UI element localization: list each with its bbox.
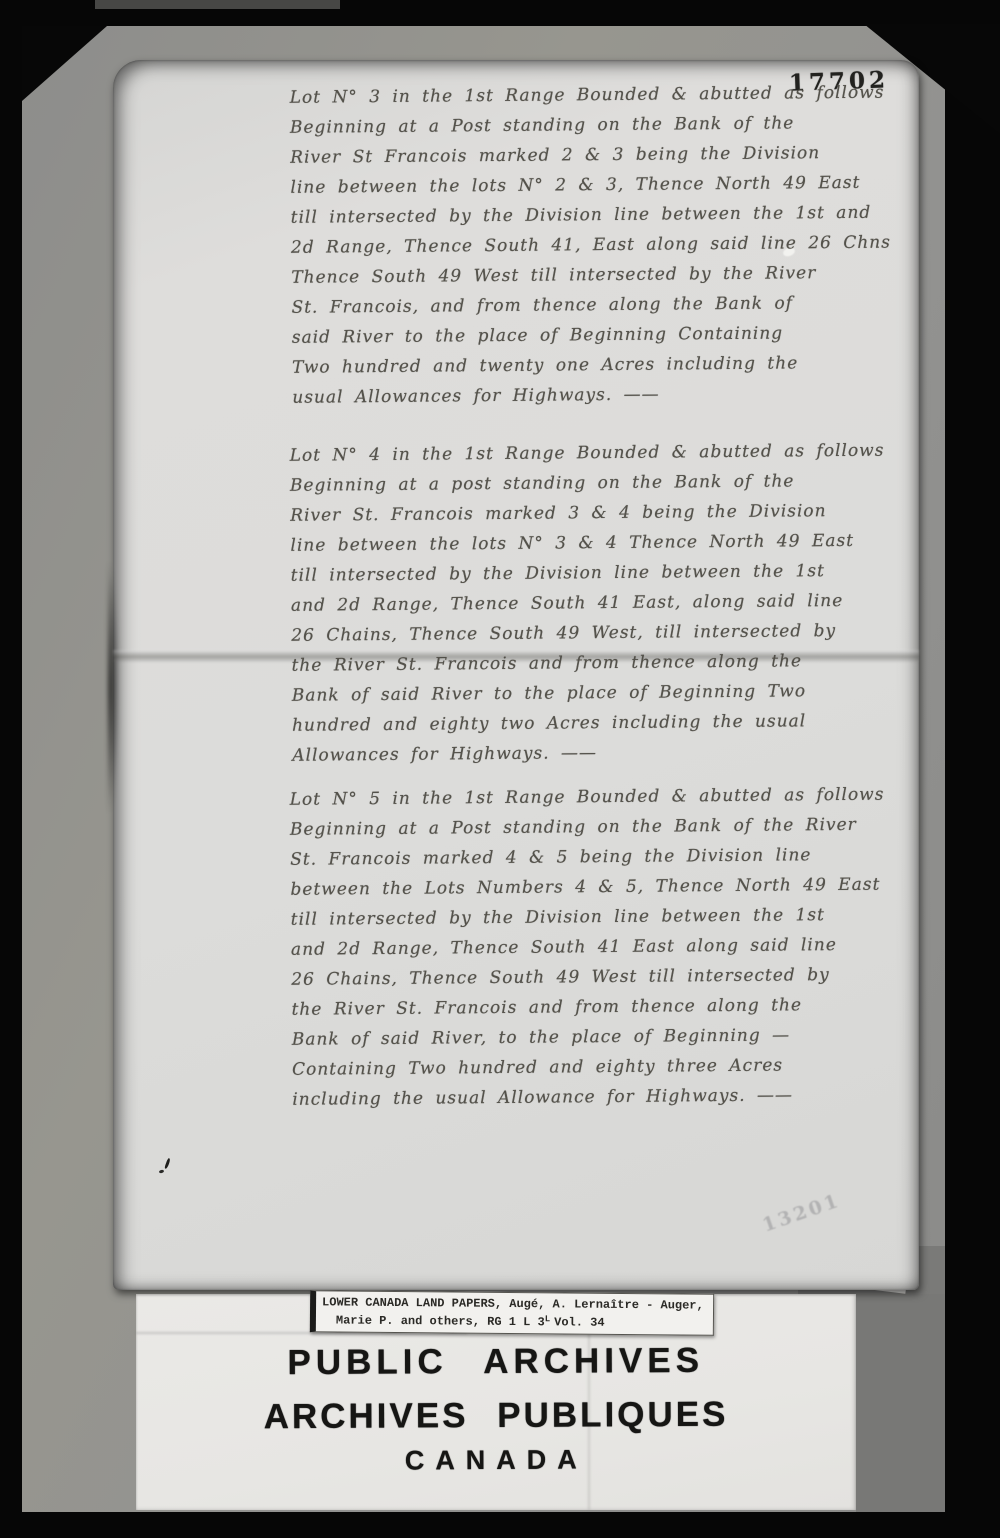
catalog-label: LOWER CANADA LAND PAPERS, Augé, A. Lerna… <box>310 1290 714 1336</box>
catalog-label-superscript: L <box>545 1314 550 1324</box>
manuscript-line: and 2d Range, Thence South 41 East along… <box>291 929 931 965</box>
manuscript-line: usual Allowances for Highways. —— <box>292 377 932 413</box>
manuscript-page: 17702 Lot N° 3 in the 1st Range Bounded … <box>113 60 919 1290</box>
manuscript-line: between the Lots Numbers 4 & 5, Thence N… <box>290 869 930 905</box>
manuscript-line: including the usual Allowance for Highwa… <box>292 1079 932 1115</box>
manuscript-paragraph-lot-3: Lot N° 3 in the 1st Range Bounded & abut… <box>290 77 933 413</box>
catalog-label-line-2: Marie P. and others, RG 1 L 3LVol. 34 <box>322 1310 709 1331</box>
archives-stamp: PUBLIC ARCHIVES ARCHIVES PUBLIQUES CANAD… <box>136 1340 857 1478</box>
scan-artifact-top-sliver <box>95 0 340 9</box>
scanned-document-page: 17702 Lot N° 3 in the 1st Range Bounded … <box>0 0 1000 1538</box>
manuscript-line: Beginning at a Post standing on the Bank… <box>290 809 930 845</box>
archives-stamp-line-2: ARCHIVES PUBLIQUES <box>136 1394 856 1438</box>
manuscript-line: 2d Range, Thence South 41, East along sa… <box>291 227 931 263</box>
manuscript-paragraph-lot-5: Lot N° 5 in the 1st Range Bounded & abut… <box>290 779 933 1115</box>
archives-stamp-line-1: PUBLIC ARCHIVES <box>136 1340 856 1384</box>
manuscript-line: 26 Chains, Thence South 49 West, till in… <box>291 615 931 651</box>
manuscript-line: line between the lots N° 3 & 4 Thence No… <box>290 525 930 561</box>
manuscript-line: Lot N° 3 in the 1st Range Bounded & abut… <box>290 77 930 113</box>
scan-artifact-shadow-patch <box>856 1294 945 1512</box>
ink-mark-tick <box>164 1158 171 1169</box>
catalog-label-line-2-text: Marie P. and others, RG 1 L 3 <box>336 1313 545 1329</box>
manuscript-line: Lot N° 4 in the 1st Range Bounded & abut… <box>290 435 930 471</box>
catalog-label-volume: Vol. 34 <box>554 1315 605 1329</box>
ink-mark-dot <box>159 1169 165 1173</box>
faint-stamp: 13201 <box>760 1189 844 1236</box>
archives-stamp-line-3: CANADA <box>136 1443 856 1478</box>
ink-mark <box>159 1158 173 1176</box>
manuscript-line: Allowances for Highways. —— <box>292 735 932 771</box>
manuscript-paragraph-lot-4: Lot N° 4 in the 1st Range Bounded & abut… <box>290 435 933 771</box>
